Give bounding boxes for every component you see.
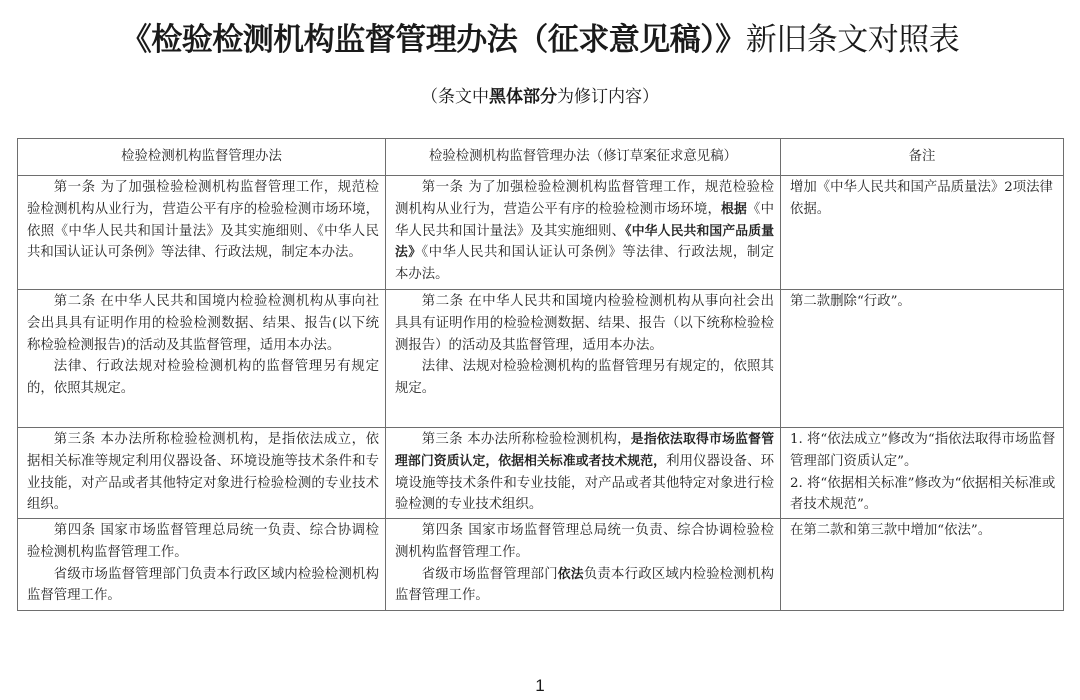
header-new-text: 检验检测机构监督管理办法（修订草案征求意见稿） [386, 139, 781, 176]
table-header-row: 检验检测机构监督管理办法 检验检测机构监督管理办法（修订草案征求意见稿） 备注 [18, 139, 1064, 176]
subtitle-bold: 黑体部分 [489, 87, 557, 107]
cell-new-article-1: 第一条 为了加强检验检测机构监督管理工作，规范检验检测机构从业行为，营造公平有序… [386, 176, 781, 290]
cell-note-article-3: 1. 将“依法成立”修改为“指依法取得市场监督管理部门资质认定”。 2. 将“依… [781, 428, 1064, 519]
cell-note-article-4: 在第二款和第三款中增加“依法”。 [781, 519, 1064, 611]
document-subtitle: （条文中黑体部分为修订内容） [0, 84, 1080, 110]
subtitle-prefix: （条文中 [421, 87, 489, 107]
subtitle-suffix: 为修订内容） [557, 87, 659, 107]
old-article-1-text: 第一条 为了加强检验检测机构监督管理工作，规范检验检测机构从业行为，营造公平有序… [27, 177, 379, 264]
new-article-1-text: 第一条 为了加强检验检测机构监督管理工作，规范检验检测机构从业行为，营造公平有序… [395, 177, 774, 286]
cell-old-article-4: 第四条 国家市场监督管理总局统一负责、综合协调检验检测机构监督管理工作。 省级市… [18, 519, 386, 611]
table-row: 第一条 为了加强检验检测机构监督管理工作，规范检验检测机构从业行为，营造公平有序… [18, 176, 1064, 290]
cell-old-article-3: 第三条 本办法所称检验检测机构，是指依法成立，依据相关标准等规定利用仪器设备、环… [18, 428, 386, 519]
page-number: 1 [0, 676, 1080, 696]
table-row: 第四条 国家市场监督管理总局统一负责、综合协调检验检测机构监督管理工作。 省级市… [18, 519, 1064, 611]
cell-note-article-1: 增加《中华人民共和国产品质量法》2项法律依据。 [781, 176, 1064, 290]
document-title: 《检验检测机构监督管理办法（征求意见稿）》新旧条文对照表 [0, 18, 1080, 62]
new-article-3-text: 第三条 本办法所称检验检测机构，是指依法取得市场监督管理部门资质认定，依据相关标… [395, 429, 774, 516]
note-text: 1. 将“依法成立”修改为“指依法取得市场监督管理部门资质认定”。 [790, 429, 1057, 473]
note-text: 增加《中华人民共和国产品质量法》2项法律依据。 [790, 177, 1057, 221]
old-article-2-para-1: 第二条 在中华人民共和国境内检验检测机构从事向社会出具具有证明作用的检验检测数据… [27, 291, 379, 356]
old-article-4-para-2: 省级市场监督管理部门负责本行政区域内检验检测机构监督管理工作。 [27, 564, 379, 608]
revised-text: 根据 [721, 202, 747, 217]
cell-new-article-4: 第四条 国家市场监督管理总局统一负责、综合协调检验检测机构监督管理工作。 省级市… [386, 519, 781, 611]
header-old-text: 检验检测机构监督管理办法 [18, 139, 386, 176]
cell-note-article-2: 第二款删除“行政”。 [781, 290, 1064, 428]
note-text: 2. 将“依据相关标准”修改为“依据相关标准或者技术规范”。 [790, 473, 1057, 517]
text-segment: 第一条 为了加强检验检测机构监督管理工作，规范检验检测机构从业行为，营造公平有序… [395, 180, 774, 217]
old-article-2-para-2: 法律、行政法规对检验检测机构的监督管理另有规定的，依照其规定。 [27, 356, 379, 400]
table-row: 第三条 本办法所称检验检测机构，是指依法成立，依据相关标准等规定利用仪器设备、环… [18, 428, 1064, 519]
text-segment: 《中华人民共和国认证认可条例》等法律、行政法规，制定本办法。 [395, 245, 774, 282]
note-text: 在第二款和第三款中增加“依法”。 [790, 520, 1057, 542]
note-text: 第二款删除“行政”。 [790, 291, 1057, 313]
document-title-main: 《检验检测机构监督管理办法（征求意见稿）》 [121, 22, 746, 58]
new-article-4-para-2: 省级市场监督管理部门依法负责本行政区域内检验检测机构监督管理工作。 [395, 564, 774, 608]
text-segment: 省级市场监督管理部门 [422, 567, 558, 582]
old-article-3-text: 第三条 本办法所称检验检测机构，是指依法成立，依据相关标准等规定利用仪器设备、环… [27, 429, 379, 516]
cell-new-article-3: 第三条 本办法所称检验检测机构，是指依法取得市场监督管理部门资质认定，依据相关标… [386, 428, 781, 519]
cell-new-article-2: 第二条 在中华人民共和国境内检验检测机构从事向社会出具具有证明作用的检验检测数据… [386, 290, 781, 428]
header-notes: 备注 [781, 139, 1064, 176]
revised-text: 依法 [558, 567, 584, 582]
cell-old-article-1: 第一条 为了加强检验检测机构监督管理工作，规范检验检测机构从业行为，营造公平有序… [18, 176, 386, 290]
table-row: 第二条 在中华人民共和国境内检验检测机构从事向社会出具具有证明作用的检验检测数据… [18, 290, 1064, 428]
old-article-4-para-1: 第四条 国家市场监督管理总局统一负责、综合协调检验检测机构监督管理工作。 [27, 520, 379, 564]
new-article-2-para-2: 法律、法规对检验检测机构的监督管理另有规定的，依照其规定。 [395, 356, 774, 400]
new-article-4-para-1: 第四条 国家市场监督管理总局统一负责、综合协调检验检测机构监督管理工作。 [395, 520, 774, 564]
document-title-suffix: 新旧条文对照表 [746, 22, 960, 58]
new-article-2-para-1: 第二条 在中华人民共和国境内检验检测机构从事向社会出具具有证明作用的检验检测数据… [395, 291, 774, 356]
comparison-table: 检验检测机构监督管理办法 检验检测机构监督管理办法（修订草案征求意见稿） 备注 … [17, 138, 1064, 611]
cell-old-article-2: 第二条 在中华人民共和国境内检验检测机构从事向社会出具具有证明作用的检验检测数据… [18, 290, 386, 428]
text-segment: 第三条 本办法所称检验检测机构， [422, 432, 631, 447]
